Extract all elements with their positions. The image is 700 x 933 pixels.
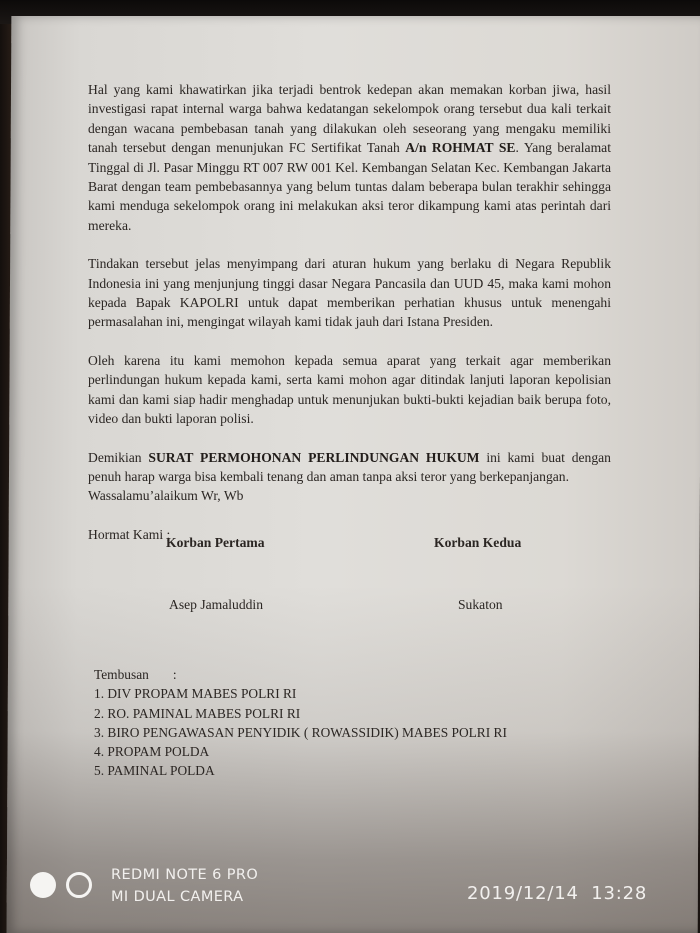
ring-circle-icon [66,872,92,898]
carbon-copy-title: Tembusan: [94,665,507,684]
letter-body: Hal yang kami khawatirkan jika terjadi b… [88,80,611,544]
list-item: 5. PAMINAL POLDA [94,761,507,780]
device-name: REDMI NOTE 6 PRO [111,864,258,886]
closing-salutation: Wassalamu’alaikum Wr, Wb [88,486,611,505]
list-item: 1. DIV PROPAM MABES POLRI RI [94,684,507,703]
list-item: 3. BIRO PENGAWASAN PENYIDIK ( ROWASSIDIK… [94,723,507,742]
carbon-copy-list: 1. DIV PROPAM MABES POLRI RI 2. RO. PAMI… [94,684,507,780]
paragraph-text: Demikian [88,450,148,465]
paragraph-violation: Tindakan tersebut jelas menyimpang dari … [88,254,611,332]
carbon-copy-label: Tembusan [94,667,149,682]
paragraph-concern: Hal yang kami khawatirkan jika terjadi b… [88,80,611,235]
signatory-role: Korban Pertama [166,535,366,555]
capture-datetime: 2019/12/14 13:28 [467,883,647,904]
signatory-name: Asep Jamaluddin [169,597,366,613]
carbon-copy-section: Tembusan: 1. DIV PROPAM MABES POLRI RI 2… [94,665,507,781]
certificate-owner: A/n ROHMAT SE [405,140,515,155]
paragraph-request: Oleh karena itu kami memohon kepada semu… [88,351,611,429]
paragraph-closing: Demikian SURAT PERMOHONAN PERLINDUNGAN H… [88,448,611,487]
device-model: REDMI NOTE 6 PRO MI DUAL CAMERA [111,864,258,908]
list-item: 4. PROPAM POLDA [94,742,507,761]
filled-circle-icon [30,872,56,898]
list-item: 2. RO. PAMINAL MABES POLRI RI [94,704,507,723]
carbon-copy-colon: : [173,667,177,682]
signatory-name: Sukaton [458,597,634,613]
signatory-second: Korban Kedua Sukaton [434,535,634,613]
letter-subject: SURAT PERMOHONAN PERLINDUNGAN HUKUM [148,450,479,465]
signatory-role: Korban Kedua [434,535,634,555]
photo-frame: Hal yang kami khawatirkan jika terjadi b… [0,0,700,933]
signatory-first: Korban Pertama Asep Jamaluddin [166,535,366,613]
camera-watermark: REDMI NOTE 6 PRO MI DUAL CAMERA 2019/12/… [0,850,700,933]
paragraph-text: Tindakan tersebut jelas menyimpang dari … [88,256,611,329]
camera-name: MI DUAL CAMERA [111,886,258,908]
dual-camera-dots-icon [30,872,96,900]
paragraph-text: Oleh karena itu kami memohon kepada semu… [88,353,611,426]
